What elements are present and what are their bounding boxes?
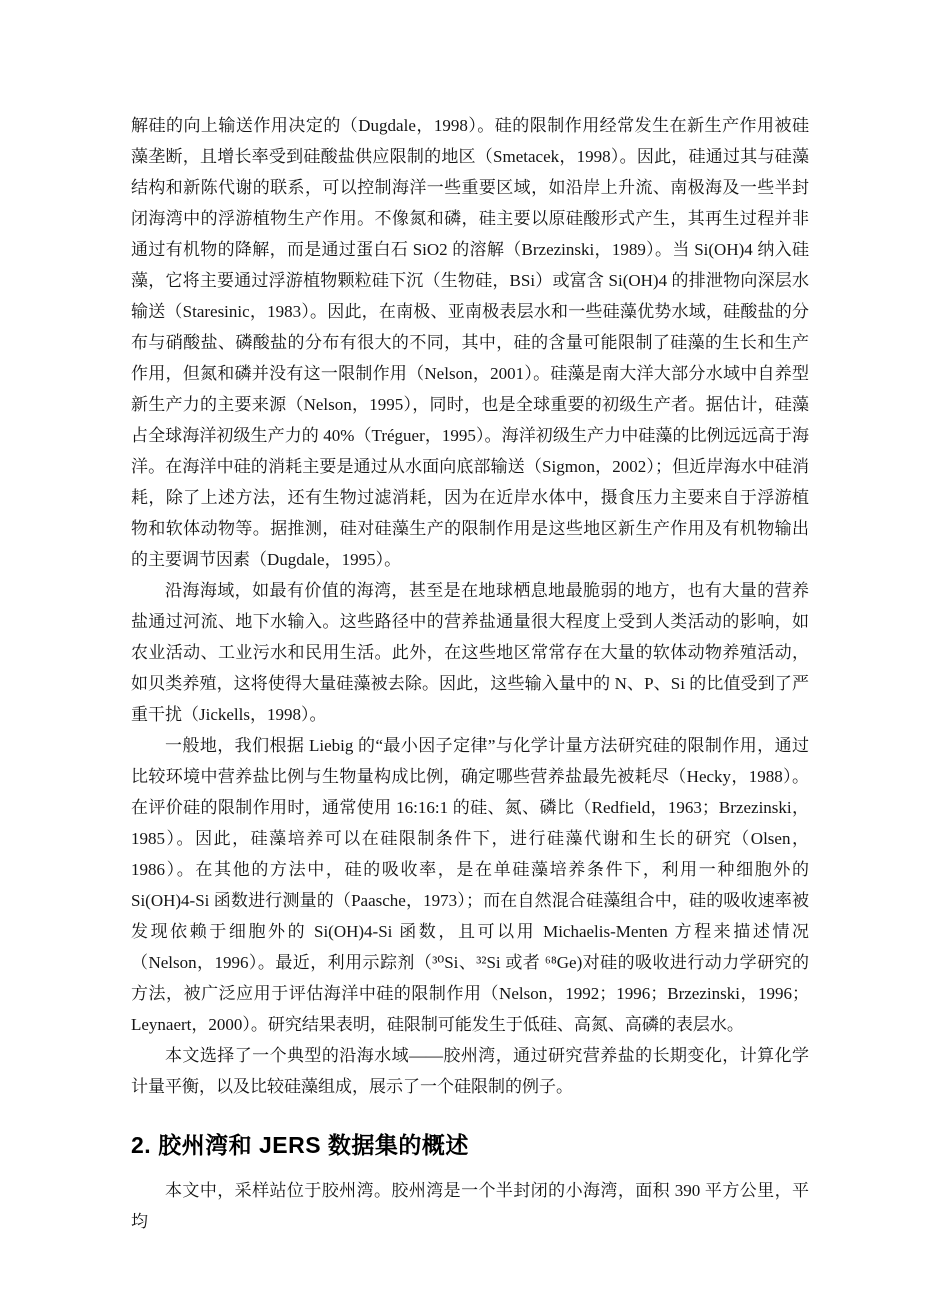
document-page: 解硅的向上输送作用决定的（Dugdale，1998）。硅的限制作用经常发生在新生… xyxy=(0,0,926,1309)
body-paragraph-jiaozhou-bay: 本文中，采样站位于胶州湾。胶州湾是一个半封闭的小海湾，面积 390 平方公里，平… xyxy=(131,1175,809,1237)
section-heading: 2. 胶州湾和 JERS 数据集的概述 xyxy=(131,1128,809,1163)
body-paragraph-coastal-nutrients: 沿海海域，如最有价值的海湾，甚至是在地球栖息地最脆弱的地方，也有大量的营养盐通过… xyxy=(131,575,809,730)
body-paragraph-continuation: 解硅的向上输送作用决定的（Dugdale，1998）。硅的限制作用经常发生在新生… xyxy=(131,110,809,575)
body-paragraph-study-intro: 本文选择了一个典型的沿海水域——胶州湾，通过研究营养盐的长期变化，计算化学计量平… xyxy=(131,1040,809,1102)
page-body: 解硅的向上输送作用决定的（Dugdale，1998）。硅的限制作用经常发生在新生… xyxy=(131,110,809,1237)
body-paragraph-liebig-methods: 一般地，我们根据 Liebig 的“最小因子定律”与化学计量方法研究硅的限制作用… xyxy=(131,730,809,1040)
